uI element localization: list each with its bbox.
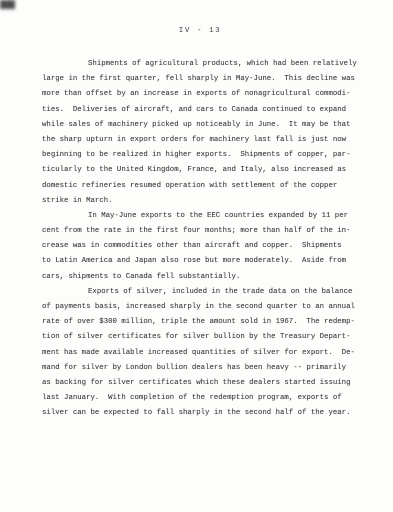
text-line: Shipments of agricultural products, whic…: [42, 57, 366, 72]
text-line: beginning to be realized in higher expor…: [42, 148, 366, 163]
text-line: while sales of machinery picked up notic…: [42, 118, 366, 133]
text-line: last January. With completion of the red…: [42, 391, 366, 406]
paragraph-silver-exports: Exports of silver, included in the trade…: [42, 285, 366, 422]
text-line: silver can be expected to fall sharply i…: [42, 406, 366, 421]
text-line: tion of silver certificates for silver b…: [42, 330, 366, 345]
scan-smudge: [0, 0, 15, 9]
text-line: ticularly to the United Kingdom, France,…: [42, 163, 366, 178]
text-line: In May-June exports to the EEC countries…: [42, 209, 366, 224]
text-line: the sharp upturn in export orders for ma…: [42, 133, 366, 148]
text-line: to Latin America and Japan also rose but…: [42, 254, 366, 269]
paragraph-eec-exports: In May-June exports to the EEC countries…: [42, 209, 366, 285]
text-line: crease was in commodities other than air…: [42, 239, 366, 254]
text-line: ment has made available increased quanti…: [42, 346, 366, 361]
text-line: cent from the rate in the first four mon…: [42, 224, 366, 239]
text-line: rate of over $300 million, triple the am…: [42, 315, 366, 330]
text-line: domestic refineries resumed operation wi…: [42, 179, 366, 194]
text-line: large in the first quarter, fell sharply…: [42, 72, 366, 87]
text-line: of payments basis, increased sharply in …: [42, 300, 366, 315]
text-line: as backing for silver certificates which…: [42, 376, 366, 391]
paragraph-agricultural-exports: Shipments of agricultural products, whic…: [42, 57, 366, 209]
text-line: ties. Deliveries of aircraft, and cars t…: [42, 103, 366, 118]
document-page: IV - 13 Shipments of agricultural produc…: [0, 0, 393, 512]
text-line: cars, shipments to Canada fell substanti…: [42, 270, 366, 285]
document-body: Shipments of agricultural products, whic…: [42, 57, 366, 422]
text-line: strike in March.: [42, 194, 366, 209]
page-number: IV - 13: [42, 27, 358, 35]
text-line: more than offset by an increase in expor…: [42, 87, 366, 102]
text-line: Exports of silver, included in the trade…: [42, 285, 366, 300]
text-line: mand for silver by London bullion dealer…: [42, 361, 366, 376]
